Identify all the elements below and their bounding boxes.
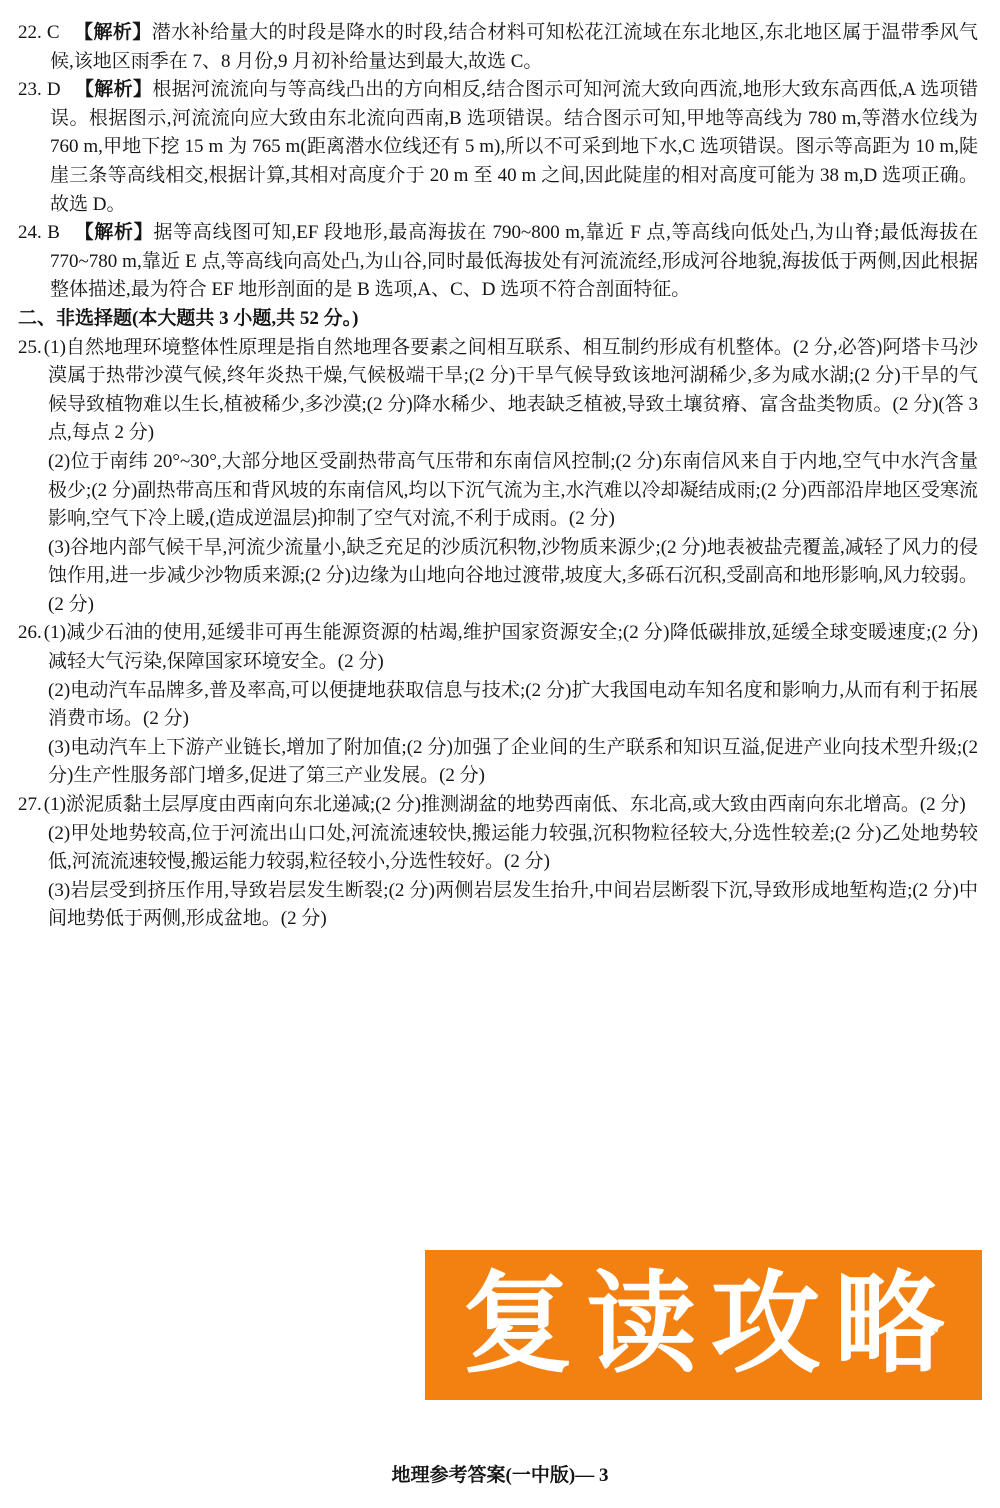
answer-24-text: 据等高线图可知,EF 段地形,最高海拔在 790~800 m,靠近 F 点,等高… [50, 222, 978, 300]
explanation-tag: 【解析】 [74, 222, 154, 243]
question-25-part-3: (3)谷地内部气候干旱,河流少流量小,缺乏充足的沙质沉积物,沙物质来源少;(2 … [18, 534, 978, 620]
explanation-tag: 【解析】 [74, 22, 152, 43]
question-27-part-2: (2)甲处地势较高,位于河流出山口处,河流流速较快,搬运能力较强,沉积物粒径较大… [18, 820, 978, 877]
question-26-part-1-text: (1)减少石油的使用,延缓非可再生能源资源的枯竭,维护国家资源安全;(2 分)降… [44, 622, 978, 672]
question-27-part-1: 27.(1)淤泥质黏土层厚度由西南向东北递减;(2 分)推测湖盆的地势西南低、东… [18, 791, 978, 820]
answer-23-text: 根据河流流向与等高线凸出的方向相反,结合图示可知河流大致向西流,地形大致东高西低… [50, 79, 978, 214]
answer-24: 24. B【解析】据等高线图可知,EF 段地形,最高海拔在 790~800 m,… [18, 219, 978, 305]
question-26-part-1: 26.(1)减少石油的使用,延缓非可再生能源资源的枯竭,维护国家资源安全;(2 … [18, 619, 978, 676]
question-25-part-2: (2)位于南纬 20°~30°,大部分地区受副热带高气压带和东南信风控制;(2 … [18, 448, 978, 534]
question-27-part-3: (3)岩层受到挤压作用,导致岩层发生断裂;(2 分)两侧岩层发生抬升,中间岩层断… [18, 877, 978, 934]
document-page: 22. C【解析】潜水补给量大的时段是降水的时段,结合材料可知松花江流域在东北地… [0, 0, 1000, 1508]
answer-key-content: 22. C【解析】潜水补给量大的时段是降水的时段,结合材料可知松花江流域在东北地… [18, 19, 978, 934]
answer-23: 23. D【解析】根据河流流向与等高线凸出的方向相反,结合图示可知河流大致向西流… [18, 76, 978, 219]
banner-text: 复读攻略 [449, 1270, 959, 1380]
question-26-number: 26. [18, 622, 42, 643]
page-footer: 地理参考答案(一中版)— 3 [0, 1460, 1000, 1487]
answer-22-number: 22. C [18, 22, 60, 43]
explanation-tag: 【解析】 [75, 79, 153, 100]
question-26-part-2: (2)电动汽车品牌多,普及率高,可以便捷地获取信息与技术;(2 分)扩大我国电动… [18, 677, 978, 734]
question-27-part-1-text: (1)淤泥质黏土层厚度由西南向东北递减;(2 分)推测湖盆的地势西南低、东北高,… [44, 794, 966, 815]
question-25-part-1: 25.(1)自然地理环境整体性原理是指自然地理各要素之间相互联系、相互制约形成有… [18, 334, 978, 448]
answer-22: 22. C【解析】潜水补给量大的时段是降水的时段,结合材料可知松花江流域在东北地… [18, 19, 978, 76]
question-25-number: 25. [18, 337, 42, 358]
question-27-number: 27. [18, 794, 42, 815]
question-26-part-3: (3)电动汽车上下游产业链长,增加了附加值;(2 分)加强了企业间的生产联系和知… [18, 734, 978, 791]
section-heading: 二、非选择题(本大题共 3 小题,共 52 分。) [18, 305, 978, 334]
answer-22-text: 潜水补给量大的时段是降水的时段,结合材料可知松花江流域在东北地区,东北地区属于温… [50, 22, 978, 72]
repeat-study-ad-banner: 复读攻略 [425, 1250, 982, 1400]
answer-24-number: 24. B [18, 222, 60, 243]
answer-23-number: 23. D [18, 79, 61, 100]
question-25-part-1-text: (1)自然地理环境整体性原理是指自然地理各要素之间相互联系、相互制约形成有机整体… [44, 337, 978, 444]
